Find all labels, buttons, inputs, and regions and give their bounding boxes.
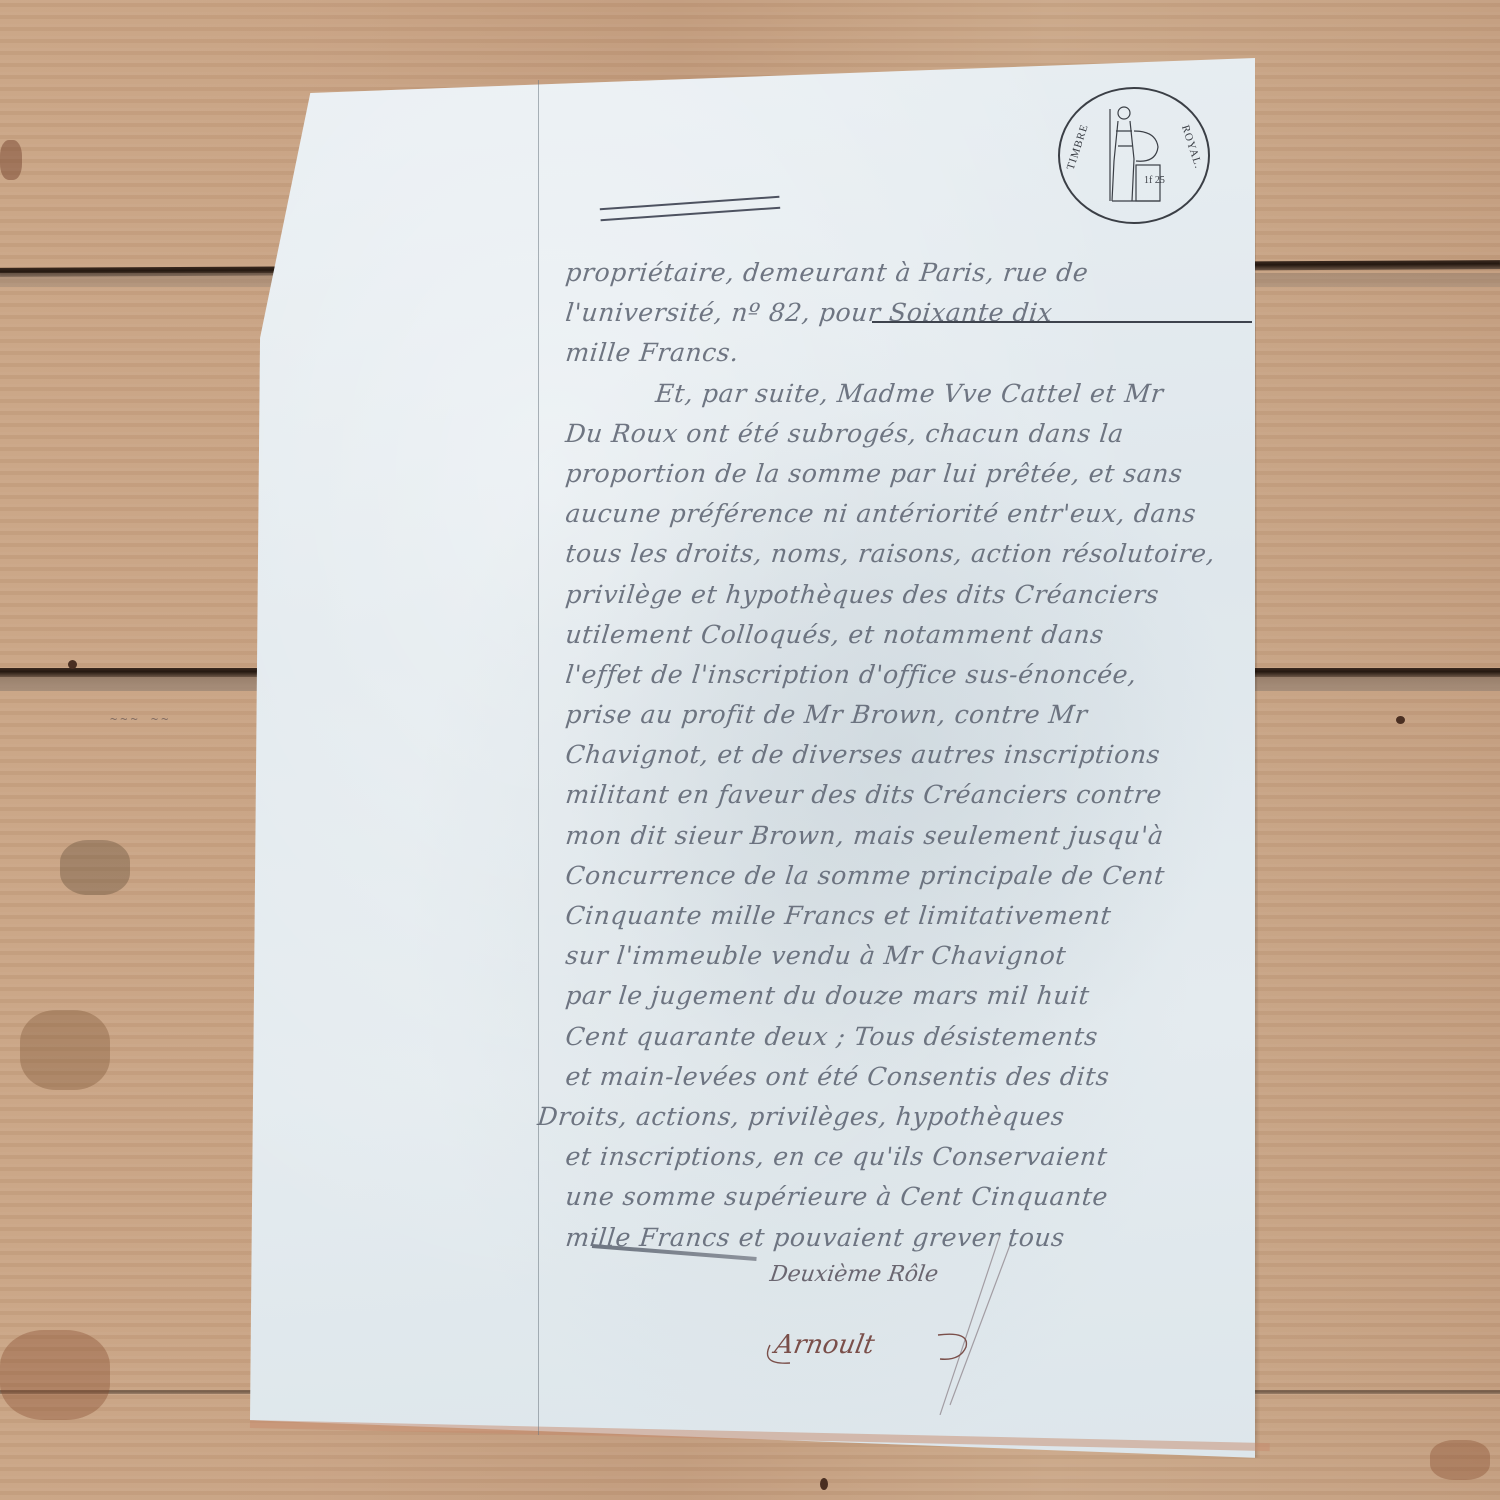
text-line: Cinquante mille Francs et limitativement [563,901,1257,941]
timbre-royal-stamp: TIMBRE ROYAL. 1f 25 [1058,87,1210,224]
wood-stain [1430,1440,1490,1480]
text-line: Concurrence de la somme principale de Ce… [563,861,1257,901]
stamp-right-text: ROYAL. [1179,124,1204,171]
wood-pencil-marking: ~~~ ~~ [110,712,171,726]
text-line: l'effet de l'inscription d'office sus-én… [563,660,1257,700]
text-line: et main-levées ont été Consentis des dit… [563,1062,1257,1102]
margin-line [538,80,539,1435]
text-line: privilège et hypothèques des dits Créanc… [563,580,1257,620]
text-line: Et, par suite, Madme Vve Cattel et Mr [563,379,1257,419]
closing-note-deuxieme-role: Deuxième Rôle [768,1262,940,1287]
line-fill-rule [872,321,1252,323]
text-line: militant en faveur des dits Créanciers c… [563,780,1257,820]
wood-stain [60,840,130,895]
text-line: Du Roux ont été subrogés, chacun dans la [563,419,1257,459]
text-line: propriétaire, demeurant à Paris, rue de [563,258,1257,298]
wood-stain [0,140,22,180]
text-line: mon dit sieur Brown, mais seulement jusq… [563,821,1257,861]
text-line: Droits, actions, privilèges, hypothèques [535,1102,1257,1142]
wood-knot [1396,716,1405,724]
text-line: Chavignot, et de diverses autres inscrip… [563,740,1257,780]
text-line: et inscriptions, en ce qu'ils Conservaie… [563,1142,1257,1182]
text-line: proportion de la somme par lui prêtée, e… [563,459,1257,499]
text-line: mille Francs. [563,338,1257,378]
text-line: prise au profit de Mr Brown, contre Mr [563,700,1257,740]
text-line: une somme supérieure à Cent Cinquante [563,1182,1257,1222]
notary-signature: Arnoult [772,1330,876,1360]
stamp-value: 1f 25 [1144,175,1165,186]
text-line: utilement Colloqués, et notamment dans [563,620,1257,660]
wood-knot [820,1478,828,1490]
wood-stain [0,1330,110,1420]
stamp-left-text: TIMBRE [1065,123,1091,172]
text-line: par le jugement du douze mars mil huit [563,981,1257,1021]
wood-stain [20,1010,110,1090]
text-line: sur l'immeuble vendu à Mr Chavignot [563,941,1257,981]
text-line: l'université, nº 82, pour Soixante dix [563,298,1257,338]
wood-knot [68,660,77,669]
text-line: Cent quarante deux ; Tous désistements [563,1022,1257,1062]
handwritten-text-body: propriétaire, demeurant à Paris, rue de … [565,258,1255,1263]
text-line: aucune préférence ni antériorité entr'eu… [563,499,1257,539]
allegorical-figure-icon [1102,101,1164,211]
text-line: tous les droits, noms, raisons, action r… [563,539,1257,579]
